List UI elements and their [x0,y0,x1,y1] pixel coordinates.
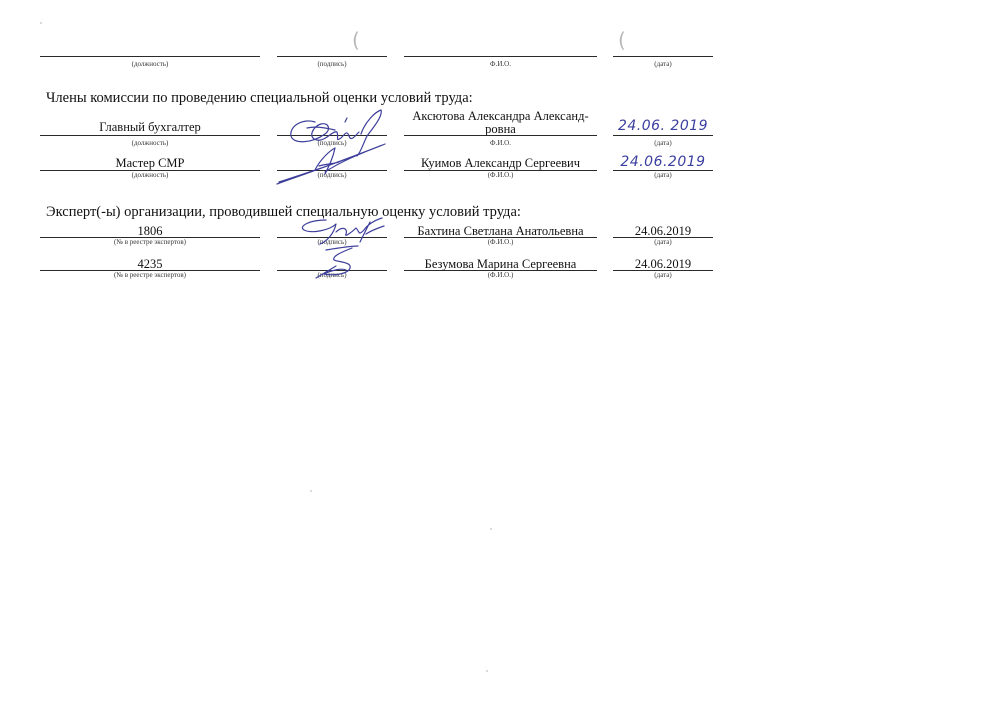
date-caption: (дата) [613,171,713,179]
commission-heading: Члены комиссии по проведению специальной… [46,90,473,107]
signature-caption: (подпись) [277,60,387,68]
position-caption: (должность) [40,139,260,147]
position-line [40,135,260,136]
position-caption: (должность) [40,171,260,179]
date-line [613,135,713,136]
bracket-mark: ( [618,28,626,52]
scan-speck [40,22,42,24]
date-line [613,56,713,57]
position-caption: (должность) [40,60,260,68]
name-caption: Ф.И.О. [404,60,597,68]
handwritten-signature [312,244,372,280]
name-caption: (Ф.И.О.) [404,271,597,279]
member-position: Главный бухгалтер [40,120,260,135]
registry-caption: (№ в реестре экспертов) [40,238,260,246]
date-caption: (дата) [613,238,713,246]
name-caption: (Ф.И.О.) [404,238,597,246]
date-caption: (дата) [613,271,713,279]
date-caption: (дата) [613,139,713,147]
date-caption: (дата) [613,60,713,68]
name-line [404,56,597,57]
handwritten-date: 24.06. 2019 [613,118,713,134]
registry-caption: (№ в реестре экспертов) [40,271,260,279]
name-line [404,135,597,136]
scan-speck [310,490,312,492]
experts-heading: Эксперт(-ы) организации, проводившей спе… [46,204,521,221]
handwritten-signature [275,140,405,190]
signature-line [277,56,387,57]
position-line [40,56,260,57]
member-name: Куимов Александр Сергеевич [404,156,597,171]
member-position: Мастер СМР [40,156,260,171]
scan-speck [490,528,492,530]
handwritten-date: 24.06.2019 [613,154,713,170]
name-caption: Ф.И.О. [404,139,597,147]
bracket-mark: ( [352,28,360,52]
name-caption: (Ф.И.О.) [404,171,597,179]
scan-speck [486,670,488,672]
